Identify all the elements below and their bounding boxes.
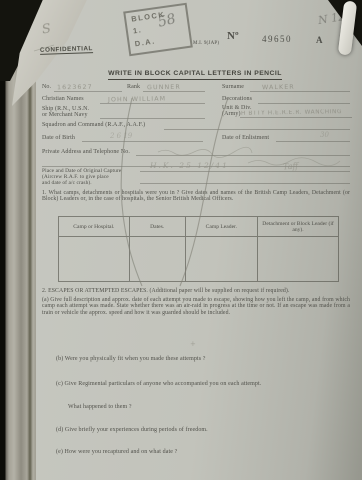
pencil-diagonal-stroke xyxy=(121,98,142,286)
pencil-diagonal-stroke xyxy=(180,98,228,286)
pencil-squiggle-address-2 xyxy=(248,158,340,166)
pencil-squiggle-address xyxy=(158,147,252,157)
pencil-marks xyxy=(0,0,362,480)
pencil-strike-confidential xyxy=(34,45,54,51)
document-photo: S CONFIDENTIAL BLOCK 1. D.A. 58 M.I. 9(J… xyxy=(0,0,362,480)
